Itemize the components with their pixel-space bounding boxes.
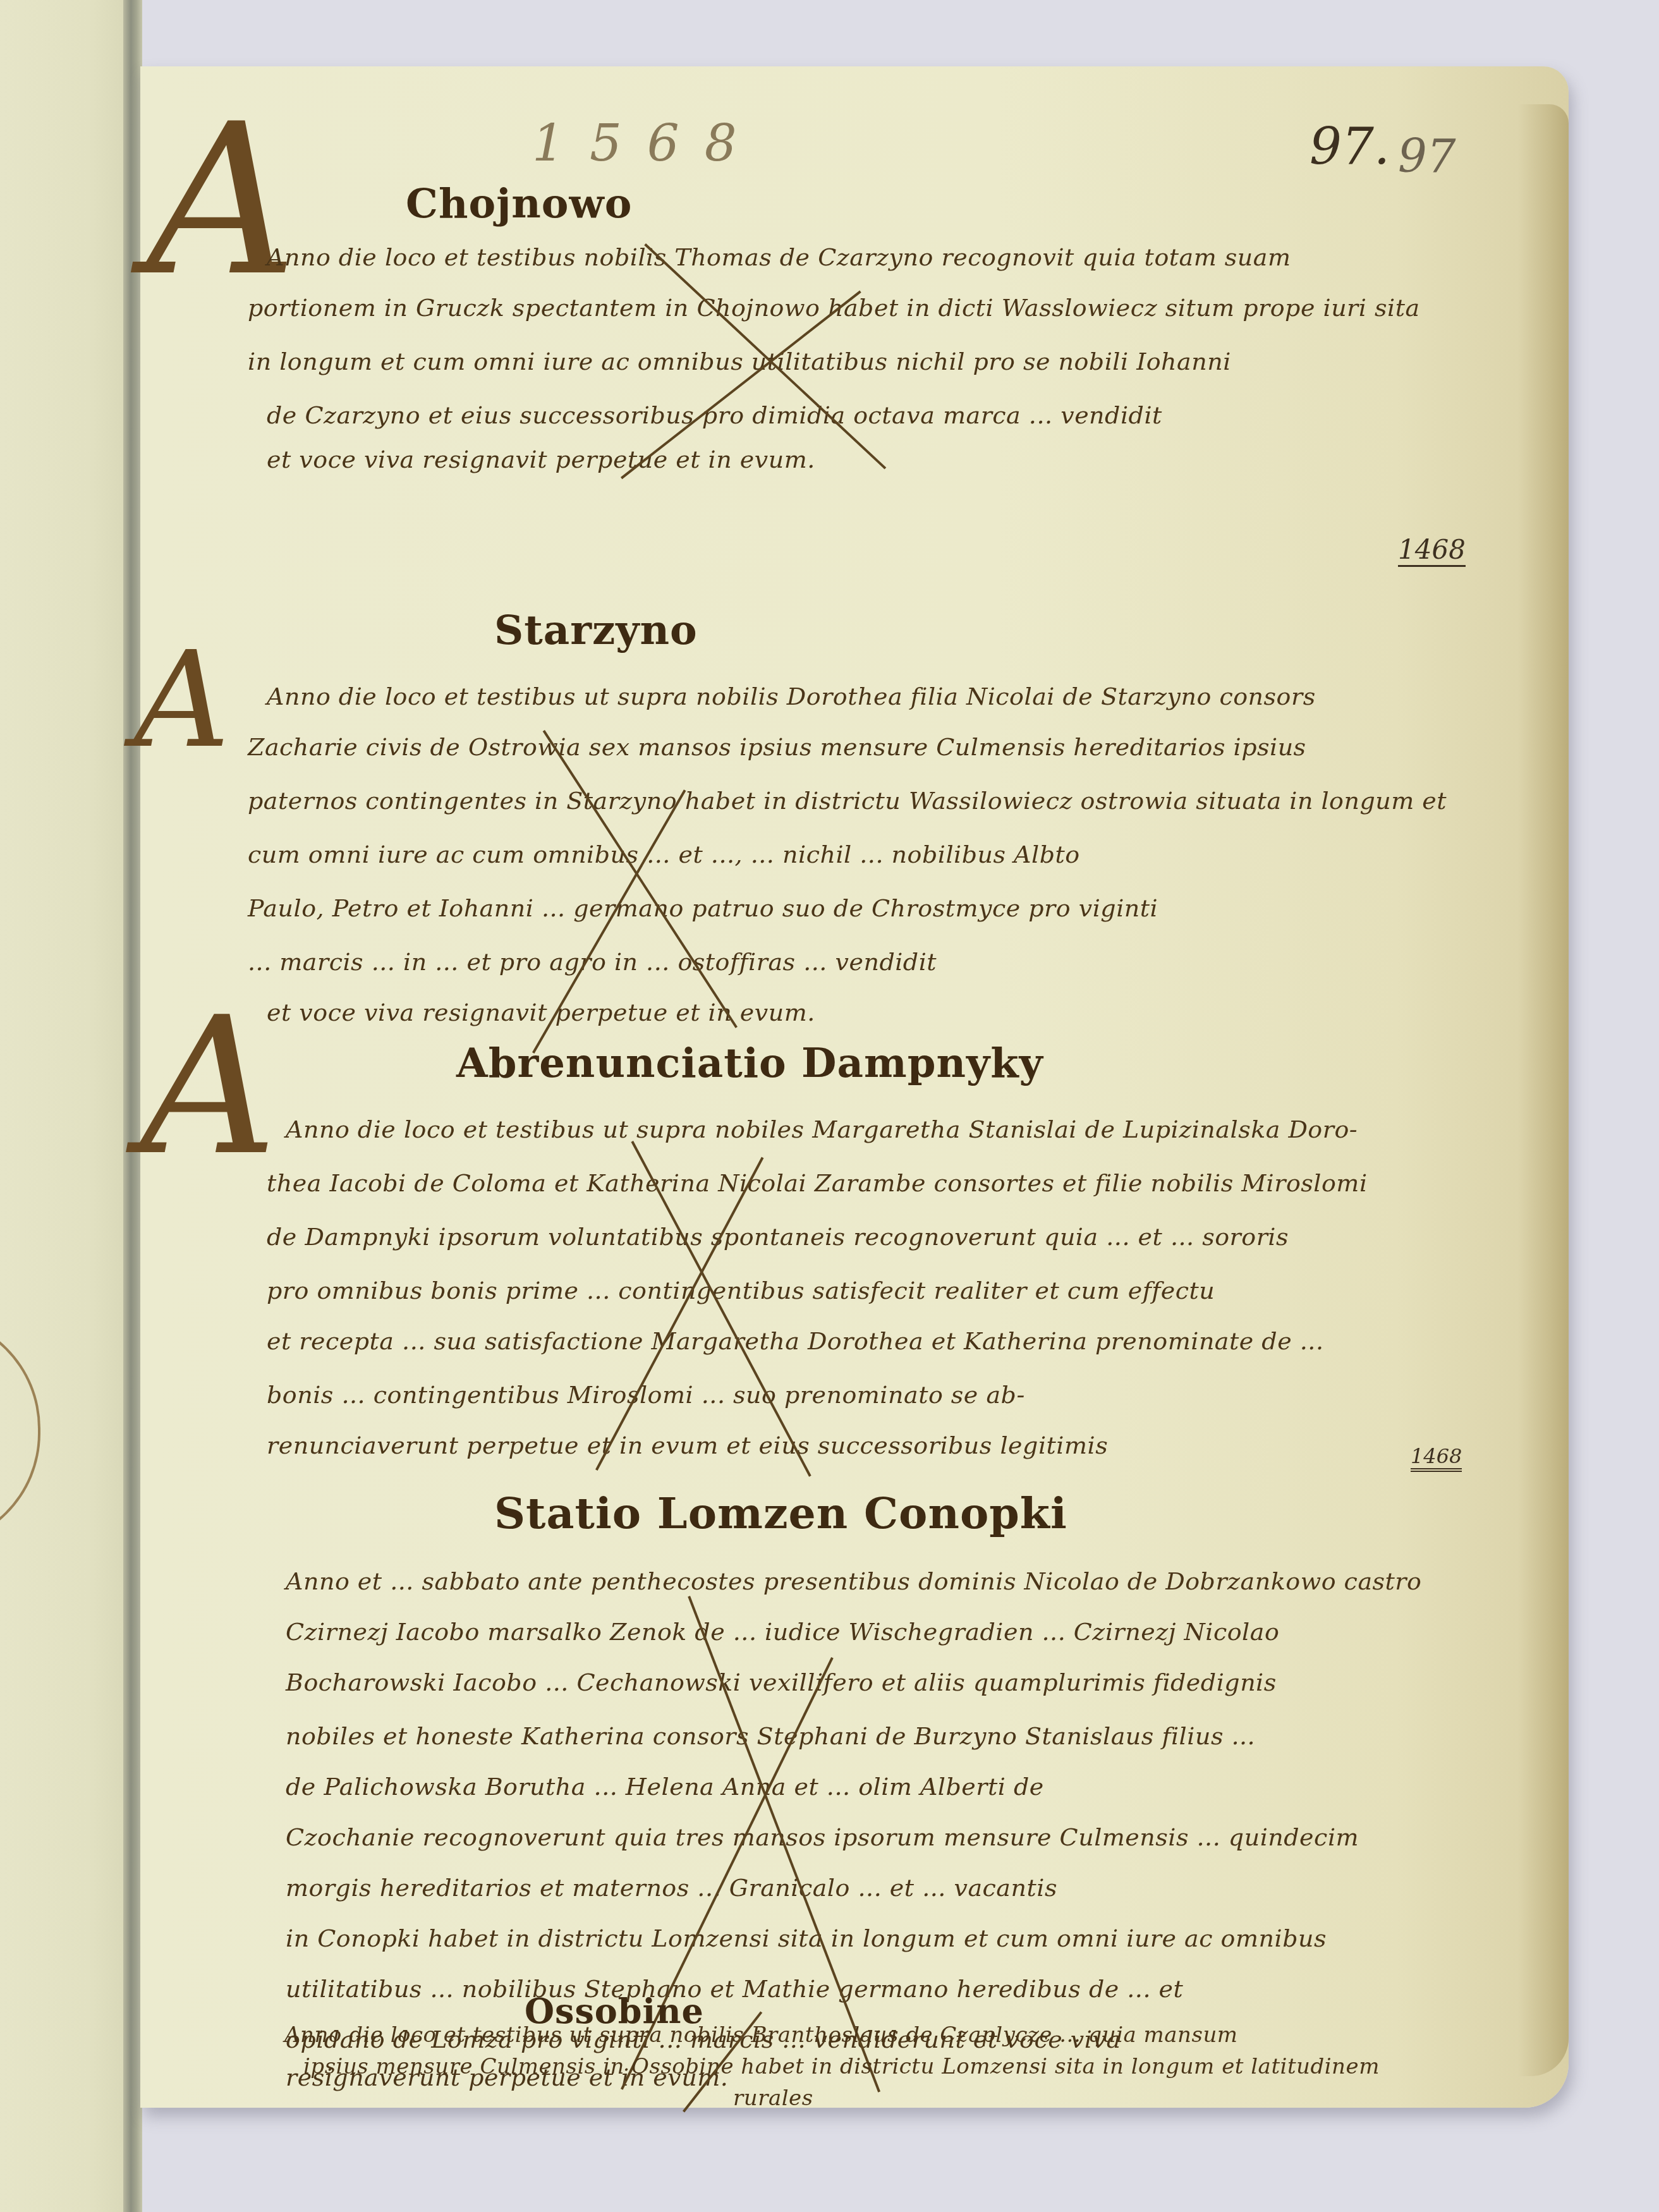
text-line: Bocharowski Iacobo ... Cechanowski vexil…	[286, 1668, 1277, 1696]
decorated-initial: A	[140, 976, 277, 1197]
facing-page-left	[0, 0, 126, 2212]
text-line: bonis ... contingentibus Miroslomi ... s…	[267, 1381, 1025, 1409]
text-line: utilitatibus ... nobilibus Stephano et M…	[286, 1975, 1183, 2003]
page-edge-stack	[1518, 104, 1569, 2076]
ink-loop-stroke	[0, 1315, 40, 1547]
text-line: Anno die loco et testibus ut supra nobil…	[284, 2022, 1238, 2048]
text-line: in longum et cum omni iure ac omnibus ut…	[248, 348, 1231, 375]
text-line: portionem in Gruczk spectantem in Chojno…	[248, 294, 1420, 322]
cancellation-stroke	[595, 1157, 763, 1471]
text-line: et voce viva resignavit perpetue et in e…	[267, 446, 815, 473]
text-line: nobiles et honeste Katherina consors Ste…	[286, 1722, 1255, 1750]
text-line: Paulo, Petro et Iohanni ... germano patr…	[248, 894, 1158, 922]
margin-year: 1468	[1398, 534, 1466, 567]
text-line: et recepta ... sua satisfactione Margare…	[267, 1327, 1324, 1355]
entry-heading: Statio Lomzen Conopki	[494, 1488, 1067, 1539]
text-line: Anno die loco et testibus ut supra nobil…	[286, 1115, 1358, 1143]
decorated-initial: A	[147, 79, 297, 322]
folio-number: 97.	[1310, 117, 1390, 176]
text-line: morgis hereditarios et maternos ... Gran…	[286, 1874, 1057, 1902]
text-line: renunciaverunt perpetue et in evum et ei…	[267, 1431, 1108, 1459]
text-line: paternos contingentes in Starzyno habet …	[248, 787, 1447, 815]
text-line: Anno die loco et testibus nobilis Thomas…	[267, 243, 1291, 271]
text-line: de Palichowska Borutha ... Helena Anna e…	[286, 1773, 1044, 1801]
text-line: Czirnezj Iacobo marsalko Zenok de ... iu…	[286, 1618, 1279, 1646]
entry-heading: Starzyno	[494, 607, 698, 654]
year-header: 1568	[532, 114, 762, 173]
text-line: Anno die loco et testibus ut supra nobil…	[267, 683, 1316, 710]
text-line: rurales	[733, 2086, 813, 2111]
text-line: pro omnibus bonis prime ... contingentib…	[267, 1277, 1215, 1304]
text-line: Anno et ... sabbato ante penthecostes pr…	[286, 1567, 1421, 1595]
text-line: ipsius mensure Culmensis in Ossobine hab…	[303, 2054, 1380, 2079]
text-line: in Conopki habet in districtu Lomzensi s…	[286, 1924, 1327, 1952]
text-line: cum omni iure ac cum omnibus ... et ...,…	[248, 841, 1080, 868]
decorated-initial: A	[134, 623, 230, 777]
text-line: Czochanie recognoverunt quia tres mansos…	[286, 1823, 1359, 1851]
margin-year: 1468	[1411, 1444, 1462, 1472]
text-line: de Dampnyki ipsorum voluntatibus spontan…	[267, 1223, 1289, 1251]
folio-number-secondary: 97	[1398, 130, 1456, 183]
book-gutter	[123, 0, 142, 2212]
entry-heading: Chojnowo	[406, 180, 632, 228]
text-line: thea Iacobi de Coloma et Katherina Nicol…	[267, 1169, 1368, 1197]
text-line: Zacharie civis de Ostrowia sex mansos ip…	[248, 733, 1306, 761]
entry-heading: Abrenunciatio Dampnyky	[456, 1040, 1043, 1087]
manuscript-page: 1568 97. 97 1468 1468 A Chojnowo Anno di…	[140, 66, 1569, 2108]
